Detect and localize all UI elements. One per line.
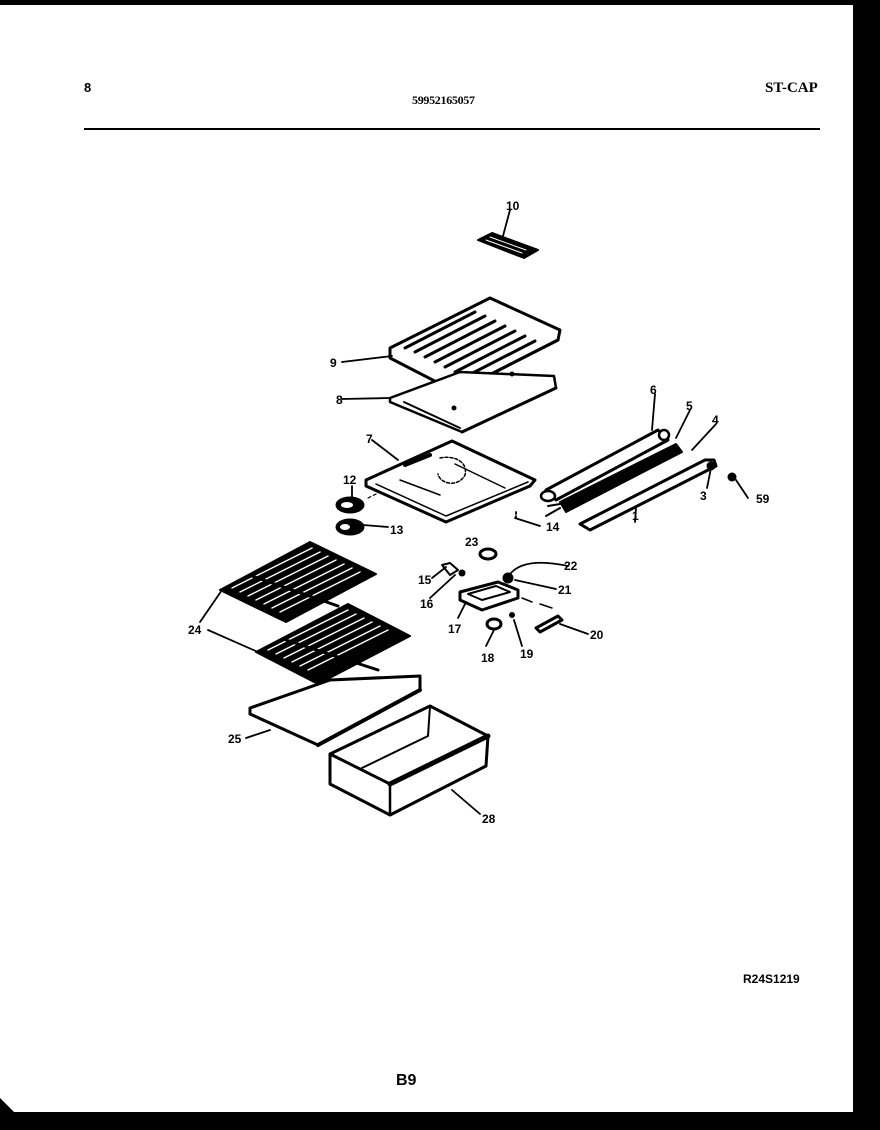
exploded-parts-diagram: 10 9 8 7 6 5 4 3 59 1 12 13 14 23 22 21 … xyxy=(0,0,880,1130)
part-12-13-knobs xyxy=(336,493,378,535)
callout-59: 59 xyxy=(756,492,770,506)
callout-8: 8 xyxy=(336,393,343,407)
callout-9: 9 xyxy=(330,356,337,370)
callout-4: 4 xyxy=(712,413,719,427)
callout-23: 23 xyxy=(465,535,479,549)
callout-15: 15 xyxy=(418,573,432,587)
callout-10: 10 xyxy=(506,199,520,213)
part-19-pin xyxy=(510,613,515,618)
callout-6: 6 xyxy=(650,383,657,397)
callout-13: 13 xyxy=(390,523,404,537)
part-20-shield xyxy=(536,616,562,632)
part-10-vent-grille xyxy=(478,233,538,258)
part-15-16-switch xyxy=(442,563,465,576)
callout-1: 1 xyxy=(632,509,639,523)
callout-21: 21 xyxy=(558,583,572,597)
diagram-code: R24S1219 xyxy=(743,972,800,986)
callout-7: 7 xyxy=(366,432,373,446)
callout-22: 22 xyxy=(564,559,578,573)
part-17-light-housing xyxy=(460,573,518,610)
callout-3: 3 xyxy=(700,489,707,503)
callout-17: 17 xyxy=(448,622,462,636)
callout-20: 20 xyxy=(590,628,604,642)
callout-24: 24 xyxy=(188,623,202,637)
page-number: B9 xyxy=(396,1072,416,1090)
callout-19: 19 xyxy=(520,647,534,661)
callout-28: 28 xyxy=(482,812,496,826)
callout-12: 12 xyxy=(343,473,357,487)
callout-5: 5 xyxy=(686,399,693,413)
part-18-washer xyxy=(487,619,501,629)
callout-14: 14 xyxy=(546,520,560,534)
callout-25: 25 xyxy=(228,732,242,746)
part-7-panel xyxy=(366,441,535,522)
part-23-nut xyxy=(480,549,496,559)
part-8-cover xyxy=(390,372,556,432)
callout-18: 18 xyxy=(481,651,495,665)
callout-16: 16 xyxy=(420,597,434,611)
